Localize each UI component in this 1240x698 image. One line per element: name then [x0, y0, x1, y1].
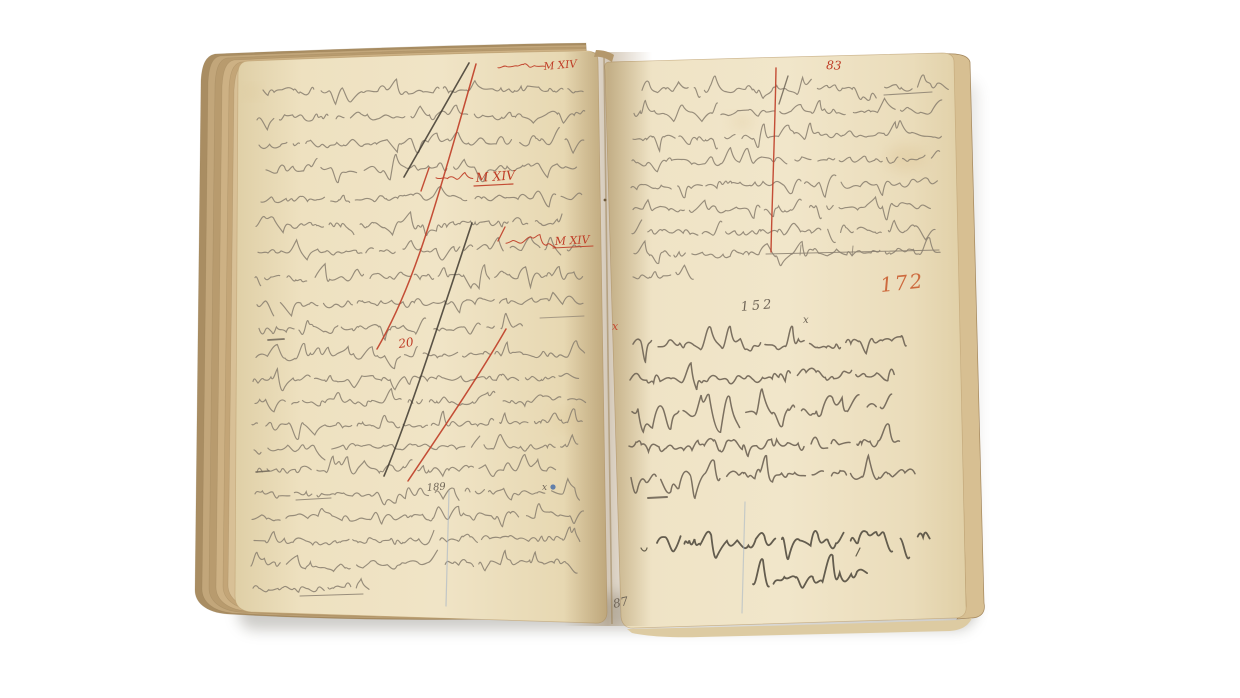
- book-svg: M XIV M XIV M XIV 20 189 x 83 172 152 x …: [0, 0, 1240, 698]
- pencil-number-189: 189: [426, 481, 447, 494]
- ink-stroke: [648, 497, 667, 498]
- red-x-mark-margin: x: [612, 320, 619, 333]
- red-annotation-2-label: M XIV: [474, 167, 518, 185]
- ink-stroke: [256, 471, 269, 472]
- stain: [244, 86, 260, 98]
- red-annotation-3-label: M XIV: [553, 233, 591, 248]
- pencil-x-mark-right: x: [803, 315, 809, 326]
- ink-stroke: [268, 339, 284, 340]
- gutter-speck: [604, 199, 607, 202]
- stain: [731, 115, 753, 129]
- photo-background: M XIV M XIV M XIV 20 189 x 83 172 152 x …: [0, 0, 1240, 698]
- orange-number-172: 172: [879, 268, 925, 296]
- right-page-paper: [605, 53, 966, 628]
- red-number-20: 20: [396, 335, 414, 351]
- blue-ink-dot: [550, 484, 555, 489]
- folio-number-83: 83: [826, 58, 842, 73]
- gutter: [564, 50, 652, 626]
- pencil-x-mark-left: x: [542, 483, 547, 493]
- pencil-number-152: 152: [740, 297, 775, 315]
